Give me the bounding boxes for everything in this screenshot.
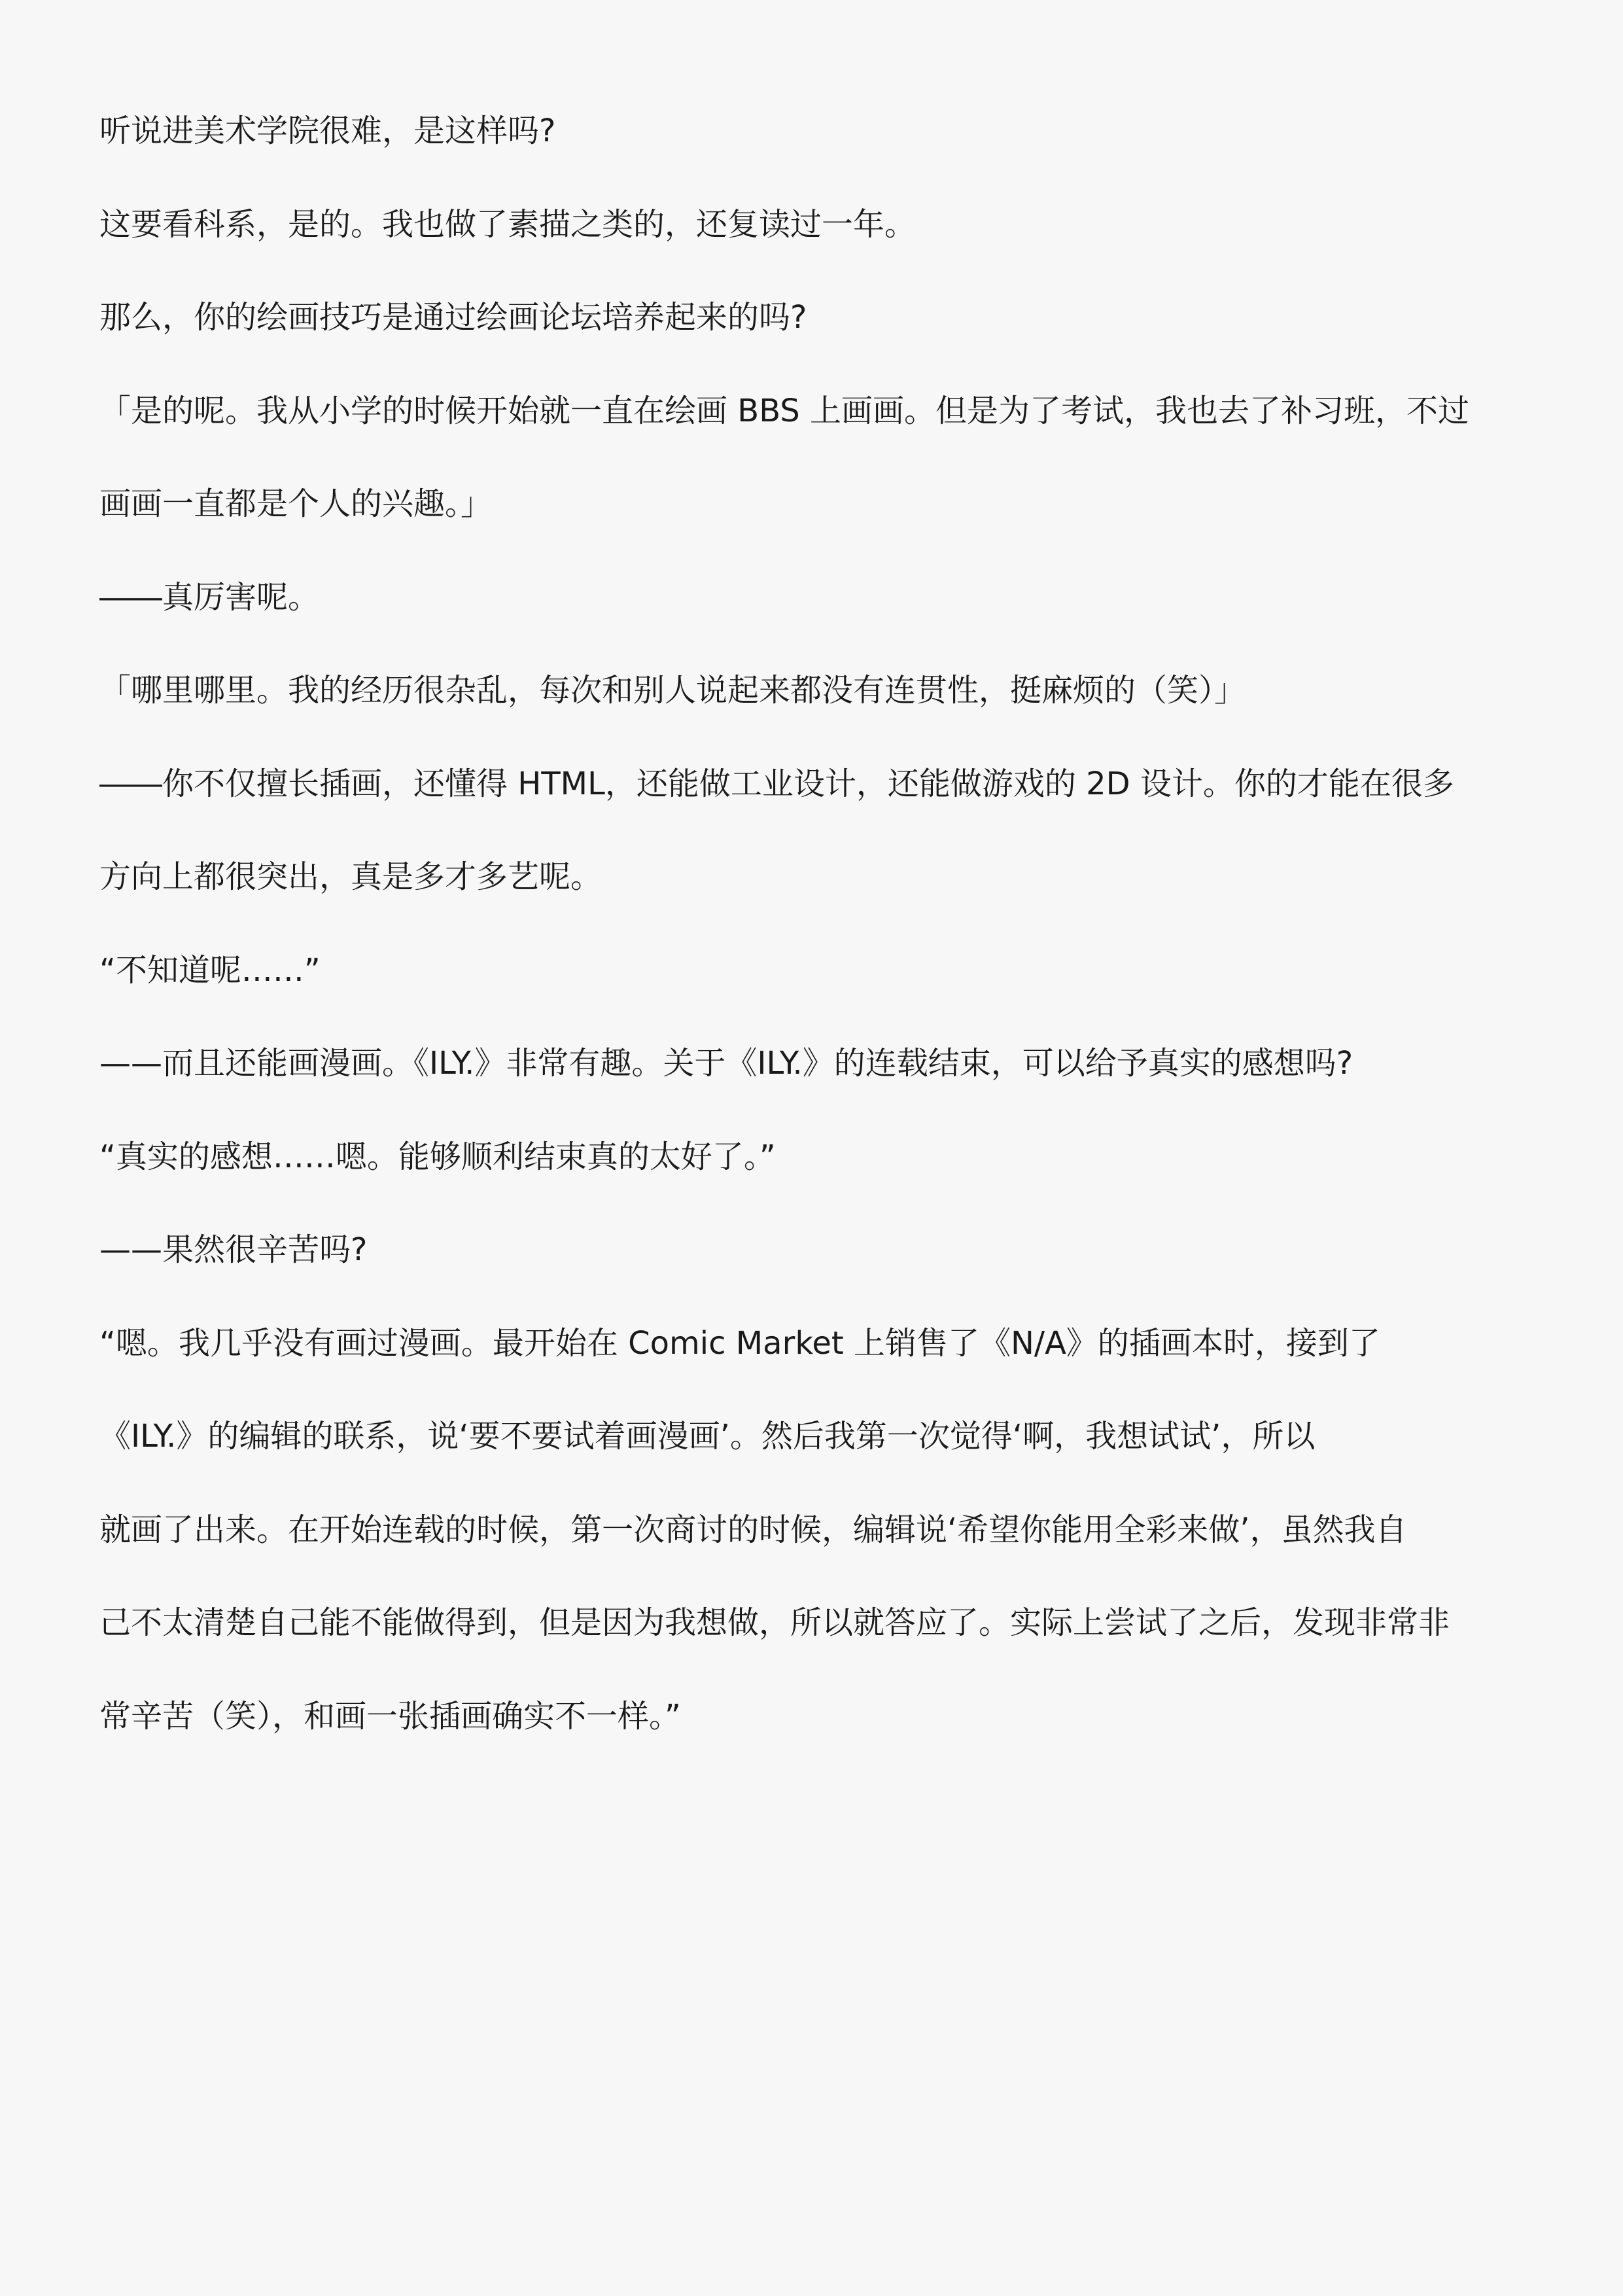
answer-paragraph: 「是的呢。我从小学的时候开始就一直在绘画 BBS 上画画。但是为了考试，我也去了… xyxy=(99,364,1539,458)
answer-paragraph-continued: 就画了出来。在开始连载的时候，第一次商讨的时候，编辑说‘希望你能用全彩来做’，虽… xyxy=(99,1483,1539,1577)
question-paragraph-continued: 方向上都很突出，真是多才多艺呢。 xyxy=(99,830,1539,924)
answer-paragraph: 「哪里哪里。我的经历很杂乱，每次和别人说起来都没有连贯性，挺麻烦的（笑）」 xyxy=(99,644,1539,737)
answer-paragraph: “不知道呢……” xyxy=(99,924,1539,1017)
question-paragraph: ――你不仅擅长插画，还懂得 HTML，还能做工业设计，还能做游戏的 2D 设计。… xyxy=(99,737,1539,831)
answer-paragraph-continued: 画画一直都是个人的兴趣。」 xyxy=(99,457,1539,551)
question-paragraph: ——而且还能画漫画。《ILY.》非常有趣。关于《ILY.》的连载结束，可以给予真… xyxy=(99,1017,1539,1110)
document-body: 听说进美术学院很难，是这样吗? 这要看科系，是的。我也做了素描之类的，还复读过一… xyxy=(99,84,1539,1763)
answer-paragraph: 这要看科系，是的。我也做了素描之类的，还复读过一年。 xyxy=(99,178,1539,272)
question-paragraph: 那么，你的绘画技巧是通过绘画论坛培养起来的吗? xyxy=(99,271,1539,364)
answer-paragraph-continued: 己不太清楚自己能不能做得到，但是因为我想做，所以就答应了。实际上尝试了之后，发现… xyxy=(99,1576,1539,1670)
question-paragraph: ――真厉害呢。 xyxy=(99,551,1539,645)
answer-paragraph: “真实的感想……嗯。能够顺利结束真的太好了。” xyxy=(99,1110,1539,1204)
answer-paragraph-continued: 《ILY.》的编辑的联系，说‘要不要试着画漫画’。然后我第一次觉得‘啊，我想试试… xyxy=(99,1390,1539,1483)
answer-paragraph: “嗯。我几乎没有画过漫画。最开始在 Comic Market 上销售了《N/A》… xyxy=(99,1297,1539,1390)
answer-paragraph-continued: 常辛苦（笑），和画一张插画确实不一样。” xyxy=(99,1670,1539,1763)
question-paragraph: ——果然很辛苦吗? xyxy=(99,1203,1539,1297)
question-paragraph: 听说进美术学院很难，是这样吗? xyxy=(99,84,1539,178)
